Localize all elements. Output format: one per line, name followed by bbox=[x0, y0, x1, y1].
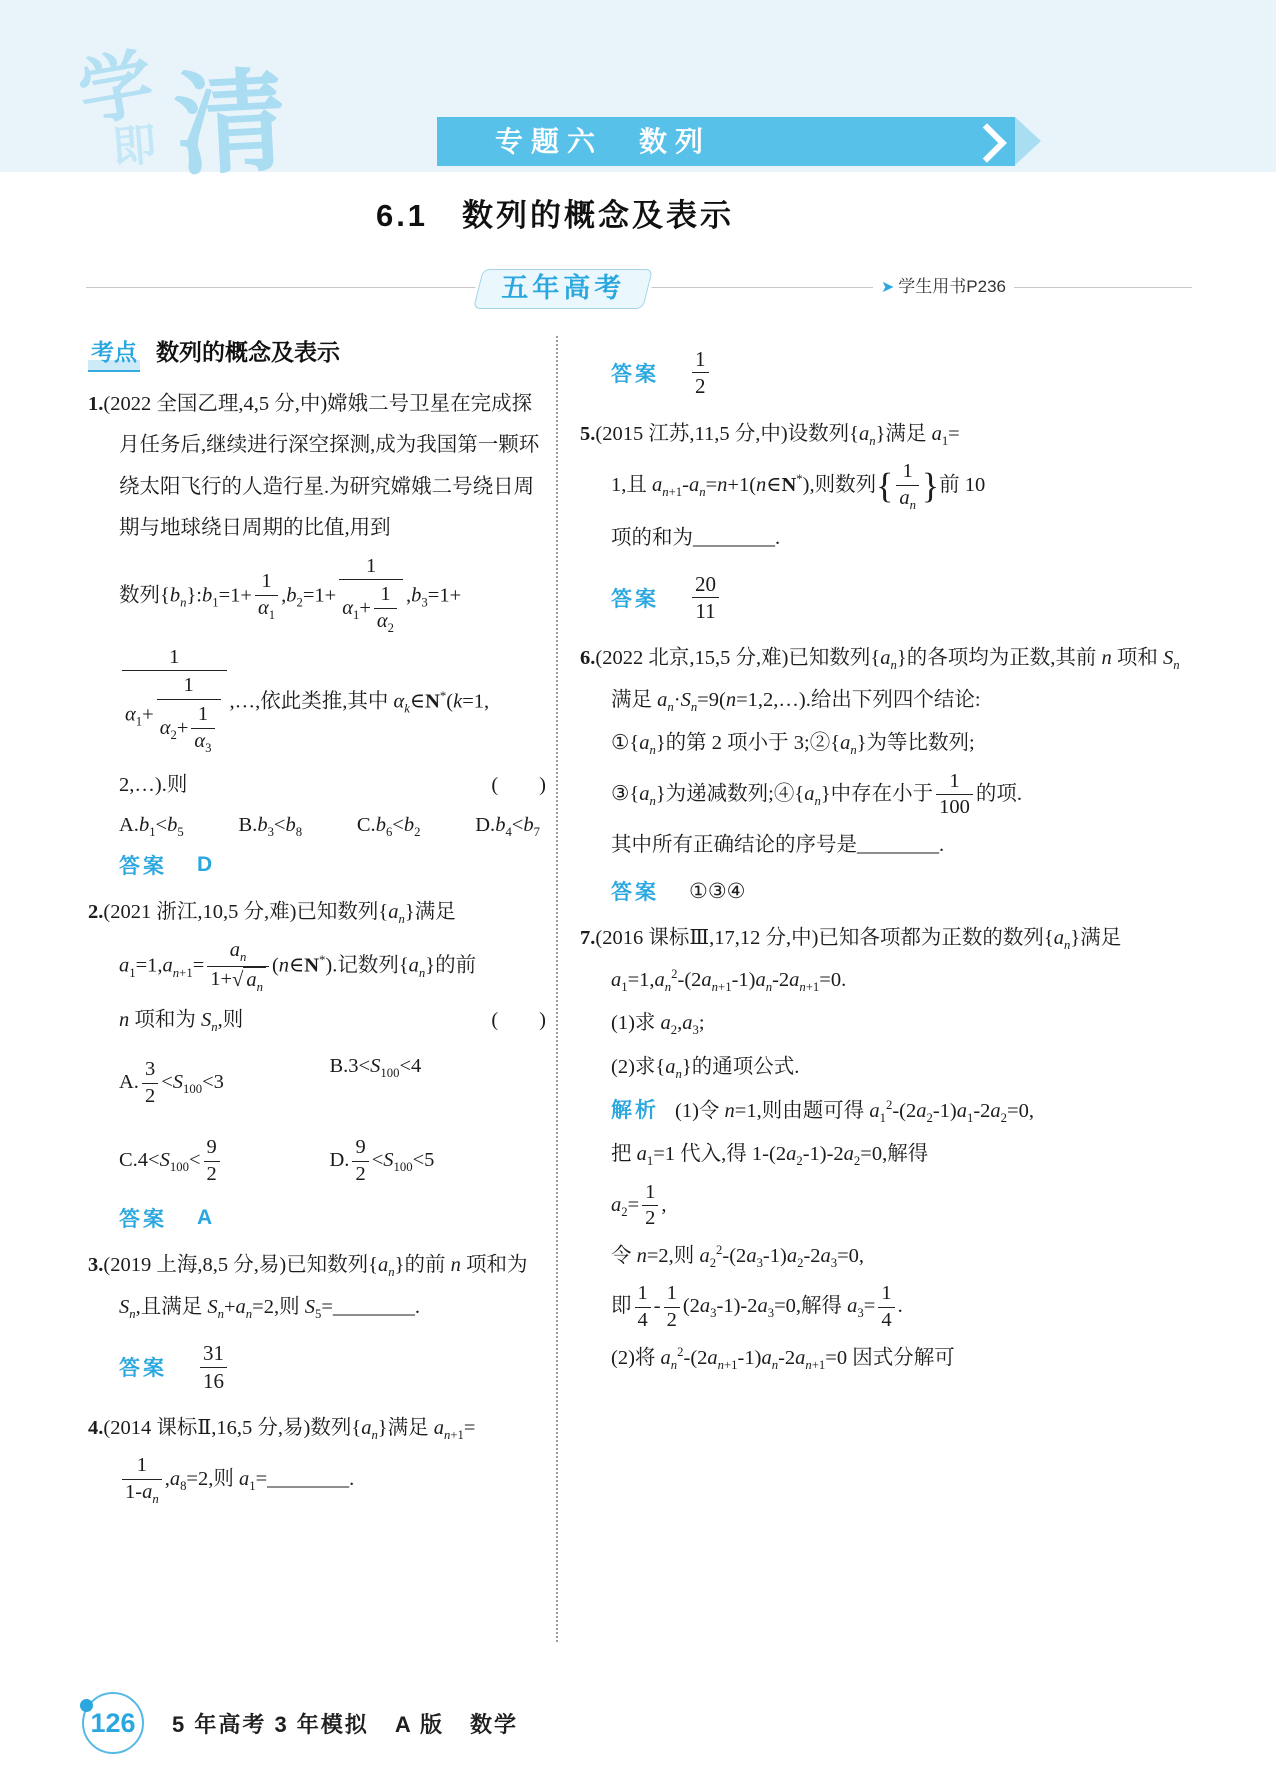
problem-text: (2)求{an}的通项公式. bbox=[611, 1047, 1196, 1088]
left-column: 考点 数列的概念及表示 1.(2022 全国乙理,4,5 分,中)嫦娥二号卫星在… bbox=[88, 334, 546, 1518]
option: B.3<S100<4 bbox=[330, 1055, 541, 1111]
analysis-label: 解析 bbox=[611, 1099, 659, 1122]
problem-text: 6.(2022 北京,15,5 分,难)已知数列{an}的各项均为正数,其前 n… bbox=[611, 638, 1196, 721]
problem-text: 数列{bn}:b1=1+1α1,b2=1+1α1+1α2,b3=1+ bbox=[119, 552, 546, 641]
problem-text: 1,且 an+1-an=n+1(n∈N*),则数列{1an}前 10 bbox=[611, 457, 1196, 516]
footer-text: 5 年高考 3 年模拟 A 版 数学 bbox=[172, 1708, 518, 1739]
analysis-row: 解析(1)令 n=1,则由题可得 a12-(2a2-1)a1-2a2=0, bbox=[611, 1090, 1196, 1132]
section-title: 6.1 数列的概念及表示 bbox=[0, 190, 1110, 235]
arrow-icon: ➤ bbox=[881, 279, 894, 296]
exam-point-badge: 考点 bbox=[88, 334, 140, 372]
banner-arrow-icon bbox=[967, 123, 1007, 163]
problem: 6.(2022 北京,15,5 分,难)已知数列{an}的各项均为正数,其前 n… bbox=[580, 638, 1196, 906]
option: C.4<S100<92 bbox=[119, 1133, 330, 1189]
book-ref: ➤学生用书P236 bbox=[873, 274, 1014, 301]
answer-row: 答案①③④ bbox=[611, 876, 1196, 906]
option: D.92<S100<5 bbox=[330, 1133, 541, 1189]
answer-value: 2011 bbox=[689, 569, 722, 627]
exam-point-header: 考点 数列的概念及表示 bbox=[88, 334, 546, 372]
analysis-text: (1)令 n=1,则由题可得 a12-(2a2-1)a1-2a2=0, bbox=[675, 1100, 1034, 1122]
problem-text: a2=12, bbox=[611, 1178, 1196, 1234]
answer-row: 答案D bbox=[119, 850, 546, 880]
answer-row: 答案2011 bbox=[611, 569, 1196, 627]
problem-text: 1.(2022 全国乙理,4,5 分,中)嫦娥二号卫星在完成探月任务后,继续进行… bbox=[119, 384, 546, 550]
problem-number: 3. bbox=[88, 1254, 103, 1276]
topic-banner-title: 专题六 数列 bbox=[495, 126, 711, 157]
problem: 答案12 bbox=[580, 344, 1196, 402]
page-number: 126 bbox=[90, 1708, 135, 1739]
problem-text: 把 a1=1 代入,得 1-(2a2-1)-2a2=0,解得 bbox=[611, 1134, 1196, 1175]
problem: 4.(2014 课标Ⅱ,16,5 分,易)数列{an}满足 an+1=11-an… bbox=[88, 1408, 546, 1510]
problem-text: 项的和为________. bbox=[611, 518, 1196, 559]
logo-char: 清 bbox=[170, 31, 290, 198]
options-row: A.b1<b5B.b3<b8C.b6<b2D.b4<b7 bbox=[119, 814, 546, 840]
answer-row: 答案3116 bbox=[119, 1338, 546, 1396]
answer-label: 答案 bbox=[611, 876, 659, 906]
problem-text: 5.(2015 江苏,11,5 分,中)设数列{an}满足 a1= bbox=[611, 414, 1196, 455]
problem-text: 3.(2019 上海,8,5 分,易)已知数列{an}的前 n 项和为 Sn,且… bbox=[119, 1245, 546, 1328]
problem-text: 2,…).则( ) bbox=[119, 765, 546, 806]
problem-text: (1)求 a2,a3; bbox=[611, 1003, 1196, 1044]
book-ref-text: 学生用书P236 bbox=[898, 277, 1006, 296]
answer-value: A bbox=[197, 1206, 212, 1230]
problem-text: 4.(2014 课标Ⅱ,16,5 分,易)数列{an}满足 an+1= bbox=[119, 1408, 546, 1449]
exam-point-title: 数列的概念及表示 bbox=[156, 339, 340, 365]
right-problems: 答案125.(2015 江苏,11,5 分,中)设数列{an}满足 a1=1,且… bbox=[580, 344, 1196, 1379]
answer-value: ①③④ bbox=[689, 879, 745, 904]
problem: 1.(2022 全国乙理,4,5 分,中)嫦娥二号卫星在完成探月任务后,继续进行… bbox=[88, 384, 546, 880]
exam-badge: 五年高考 bbox=[473, 269, 653, 309]
problem-number: 2. bbox=[88, 901, 103, 923]
problem-text: 即14-12(2a3-1)-2a3=0,解得 a3=14. bbox=[611, 1279, 1196, 1335]
problem-text: a1=1,an+1=an1+√an(n∈N*).记数列{an}的前 bbox=[119, 936, 546, 998]
answer-label: 答案 bbox=[611, 583, 659, 613]
problem-text: 1α1+1α2+1α3,…,依此类推,其中 αk∈N*(k=1, bbox=[119, 643, 546, 763]
exam-badge-row: 五年高考 ➤学生用书P236 bbox=[86, 287, 1192, 288]
footer-series: 5 年高考 3 年模拟 bbox=[172, 1708, 369, 1739]
footer: 126 5 年高考 3 年模拟 A 版 数学 bbox=[82, 1692, 518, 1754]
choice-bracket: ( ) bbox=[491, 1000, 546, 1041]
option: C.b6<b2 bbox=[357, 814, 421, 840]
problem: 5.(2015 江苏,11,5 分,中)设数列{an}满足 a1=1,且 an+… bbox=[580, 414, 1196, 627]
problem-number: 6. bbox=[580, 647, 595, 669]
answer-label: 答案 bbox=[119, 1352, 167, 1382]
logo-char: 学 bbox=[69, 24, 160, 141]
left-problems: 1.(2022 全国乙理,4,5 分,中)嫦娥二号卫星在完成探月任务后,继续进行… bbox=[88, 384, 546, 1510]
option: D.b4<b7 bbox=[475, 814, 540, 840]
problem-number: 1. bbox=[88, 393, 103, 415]
topic-banner: 专题六 数列 bbox=[437, 117, 1015, 166]
answer-row: 答案12 bbox=[611, 344, 1196, 402]
page-badge-dot-icon bbox=[80, 1699, 93, 1712]
answer-label: 答案 bbox=[119, 850, 167, 880]
footer-subject: 数学 bbox=[470, 1708, 518, 1739]
brand-logo: 学 即 清 bbox=[72, 28, 302, 178]
problem-text: 其中所有正确结论的序号是________. bbox=[611, 825, 1196, 866]
answer-label: 答案 bbox=[119, 1203, 167, 1233]
answer-value: D bbox=[197, 853, 212, 877]
choice-bracket: ( ) bbox=[491, 765, 546, 806]
problem-text: 令 n=2,则 a22-(2a3-1)a2-2a3=0, bbox=[611, 1236, 1196, 1277]
top-band: 学 即 清 专题六 数列 bbox=[0, 0, 1276, 172]
problem-text: 7.(2016 课标Ⅲ,17,12 分,中)已知各项都为正数的数列{an}满足 … bbox=[611, 918, 1196, 1001]
answer-row: 答案A bbox=[119, 1203, 546, 1233]
option: A.32<S100<3 bbox=[119, 1055, 330, 1111]
answer-value: 12 bbox=[689, 344, 712, 402]
problem: 2.(2021 浙江,10,5 分,难)已知数列{an}满足a1=1,an+1=… bbox=[88, 892, 546, 1233]
problem-text: 2.(2021 浙江,10,5 分,难)已知数列{an}满足 bbox=[119, 892, 546, 933]
logo-char: 即 bbox=[109, 108, 158, 176]
problem: 7.(2016 课标Ⅲ,17,12 分,中)已知各项都为正数的数列{an}满足 … bbox=[580, 918, 1196, 1379]
column-divider bbox=[556, 336, 558, 1642]
problem: 3.(2019 上海,8,5 分,易)已知数列{an}的前 n 项和为 Sn,且… bbox=[88, 1245, 546, 1395]
footer-edition: A 版 bbox=[395, 1708, 444, 1739]
exam-badge-text: 五年高考 bbox=[479, 270, 647, 306]
answer-value: 3116 bbox=[197, 1338, 230, 1396]
problem-text: n 项和为 Sn,则( ) bbox=[119, 1000, 546, 1041]
options-row: A.32<S100<3B.3<S100<4C.4<S100<92D.92<S10… bbox=[119, 1055, 546, 1190]
content-columns: 考点 数列的概念及表示 1.(2022 全国乙理,4,5 分,中)嫦娥二号卫星在… bbox=[88, 334, 1198, 1664]
problem-text: 11-an,a8=2,则 a1=________. bbox=[119, 1451, 546, 1510]
problem-text: ①{an}的第 2 项小于 3;②{an}为等比数列; bbox=[611, 723, 1196, 764]
right-column: 答案125.(2015 江苏,11,5 分,中)设数列{an}满足 a1=1,且… bbox=[580, 334, 1196, 1387]
problem-text: ③{an}为递减数列;④{an}中存在小于1100的项. bbox=[611, 767, 1196, 823]
page-number-badge: 126 bbox=[82, 1692, 144, 1754]
problem-number: 7. bbox=[580, 927, 595, 949]
problem-number: 4. bbox=[88, 1417, 103, 1439]
option: A.b1<b5 bbox=[119, 814, 184, 840]
answer-label: 答案 bbox=[611, 358, 659, 388]
page: 学 即 清 专题六 数列 6.1 数列的概念及表示 五年高考 ➤学生用书P236… bbox=[0, 0, 1276, 1790]
problem-number: 5. bbox=[580, 423, 595, 445]
option: B.b3<b8 bbox=[239, 814, 303, 840]
problem-text: (2)将 an2-(2an+1-1)an-2an+1=0 因式分解可 bbox=[611, 1338, 1196, 1379]
